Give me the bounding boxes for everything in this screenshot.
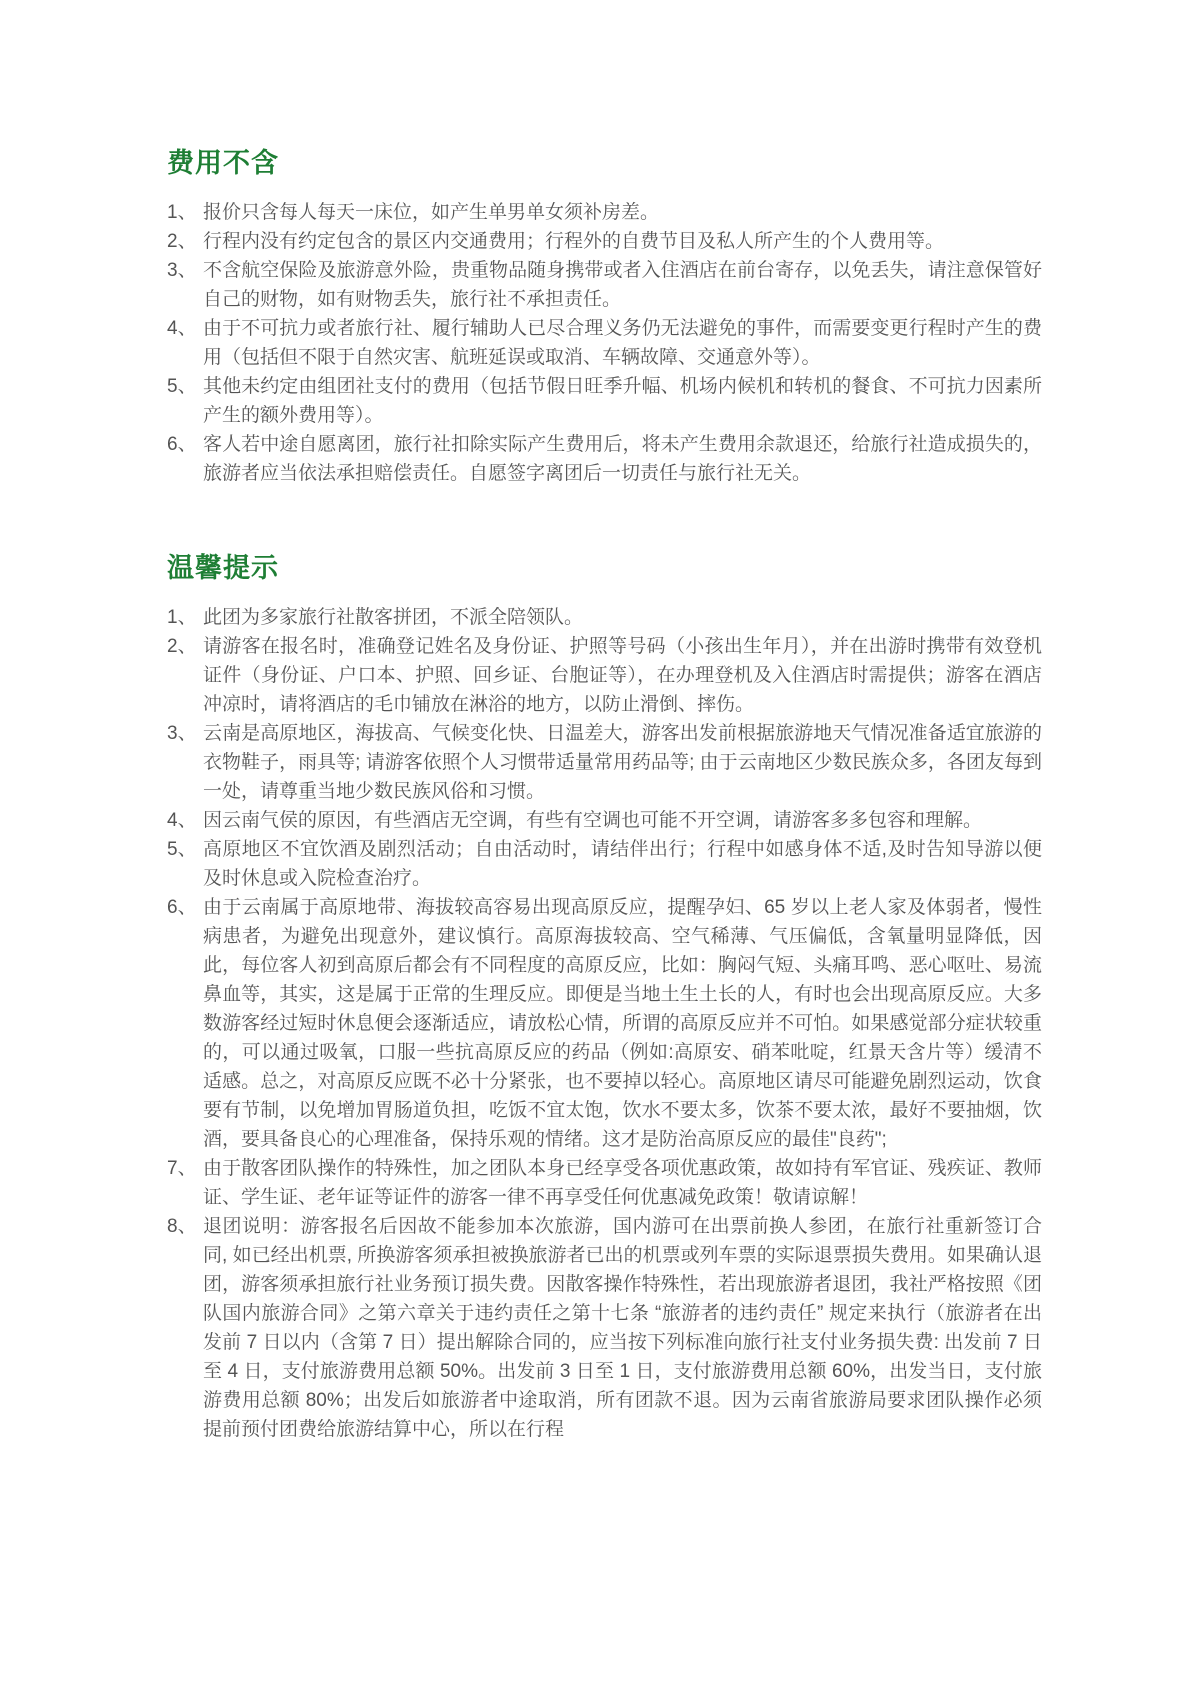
list-item: 4、 因云南气侯的原因，有些酒店无空调，有些有空调也可能不开空调，请游客多多包容… xyxy=(167,806,1042,835)
list-item: 2、 请游客在报名时，准确登记姓名及身份证、护照等号码（小孩出生年月），并在出游… xyxy=(167,632,1042,719)
list-item: 2、 行程内没有约定包含的景区内交通费用；行程外的自费节目及私人所产生的个人费用… xyxy=(167,227,1042,256)
item-text: 客人若中途自愿离团，旅行社扣除实际产生费用后，将未产生费用余款退还，给旅行社造成… xyxy=(203,430,1042,488)
list-item: 4、 由于不可抗力或者旅行社、履行辅助人已尽合理义务仍无法避免的事件，而需要变更… xyxy=(167,314,1042,372)
item-number: 1、 xyxy=(167,198,203,227)
warm-tips-list: 1、 此团为多家旅行社散客拼团，不派全陪领队。 2、 请游客在报名时，准确登记姓… xyxy=(167,603,1042,1444)
list-item: 5、 高原地区不宜饮酒及剧烈活动；自由活动时，请结伴出行；行程中如感身体不适,及… xyxy=(167,835,1042,893)
item-text: 由于云南属于高原地带、海拔较高容易出现高原反应，提醒孕妇、65 岁以上老人家及体… xyxy=(203,893,1042,1154)
item-text: 不含航空保险及旅游意外险，贵重物品随身携带或者入住酒店在前台寄存，以免丢失，请注… xyxy=(203,256,1042,314)
document-page: 费用不含 1、 报价只含每人每天一床位，如产生单男单女须补房差。 2、 行程内没… xyxy=(0,0,1190,1683)
item-text: 云南是高原地区，海拔高、气候变化快、日温差大，游客出发前根据旅游地天气情况准备适… xyxy=(203,719,1042,806)
item-text: 行程内没有约定包含的景区内交通费用；行程外的自费节目及私人所产生的个人费用等。 xyxy=(203,227,1042,256)
item-text: 因云南气侯的原因，有些酒店无空调，有些有空调也可能不开空调，请游客多多包容和理解… xyxy=(203,806,1042,835)
section-title-fees-excluded: 费用不含 xyxy=(167,145,1042,181)
item-number: 2、 xyxy=(167,227,203,256)
item-number: 6、 xyxy=(167,430,203,459)
item-number: 7、 xyxy=(167,1154,203,1183)
section-warm-tips: 温馨提示 1、 此团为多家旅行社散客拼团，不派全陪领队。 2、 请游客在报名时，… xyxy=(167,550,1042,1444)
item-text: 高原地区不宜饮酒及剧烈活动；自由活动时，请结伴出行；行程中如感身体不适,及时告知… xyxy=(203,835,1042,893)
list-item: 3、 不含航空保险及旅游意外险，贵重物品随身携带或者入住酒店在前台寄存，以免丢失… xyxy=(167,256,1042,314)
item-number: 5、 xyxy=(167,835,203,864)
list-item: 6、 由于云南属于高原地带、海拔较高容易出现高原反应，提醒孕妇、65 岁以上老人… xyxy=(167,893,1042,1154)
item-number: 3、 xyxy=(167,719,203,748)
item-text: 请游客在报名时，准确登记姓名及身份证、护照等号码（小孩出生年月），并在出游时携带… xyxy=(203,632,1042,719)
list-item: 8、 退团说明：游客报名后因故不能参加本次旅游，国内游可在出票前换人参团，在旅行… xyxy=(167,1212,1042,1444)
list-item: 6、 客人若中途自愿离团，旅行社扣除实际产生费用后，将未产生费用余款退还，给旅行… xyxy=(167,430,1042,488)
item-text: 报价只含每人每天一床位，如产生单男单女须补房差。 xyxy=(203,198,1042,227)
list-item: 3、 云南是高原地区，海拔高、气候变化快、日温差大，游客出发前根据旅游地天气情况… xyxy=(167,719,1042,806)
item-number: 6、 xyxy=(167,893,203,922)
list-item: 1、 报价只含每人每天一床位，如产生单男单女须补房差。 xyxy=(167,198,1042,227)
item-number: 8、 xyxy=(167,1212,203,1241)
item-number: 5、 xyxy=(167,372,203,401)
item-text: 其他未约定由组团社支付的费用（包括节假日旺季升幅、机场内候机和转机的餐食、不可抗… xyxy=(203,372,1042,430)
item-number: 2、 xyxy=(167,632,203,661)
item-text: 此团为多家旅行社散客拼团，不派全陪领队。 xyxy=(203,603,1042,632)
section-fees-excluded: 费用不含 1、 报价只含每人每天一床位，如产生单男单女须补房差。 2、 行程内没… xyxy=(167,145,1042,488)
list-item: 1、 此团为多家旅行社散客拼团，不派全陪领队。 xyxy=(167,603,1042,632)
item-number: 1、 xyxy=(167,603,203,632)
item-number: 3、 xyxy=(167,256,203,285)
list-item: 7、 由于散客团队操作的特殊性，加之团队本身已经享受各项优惠政策，故如持有军官证… xyxy=(167,1154,1042,1212)
section-title-warm-tips: 温馨提示 xyxy=(167,550,1042,586)
item-number: 4、 xyxy=(167,806,203,835)
list-item: 5、 其他未约定由组团社支付的费用（包括节假日旺季升幅、机场内候机和转机的餐食、… xyxy=(167,372,1042,430)
fees-excluded-list: 1、 报价只含每人每天一床位，如产生单男单女须补房差。 2、 行程内没有约定包含… xyxy=(167,198,1042,488)
item-text: 由于不可抗力或者旅行社、履行辅助人已尽合理义务仍无法避免的事件，而需要变更行程时… xyxy=(203,314,1042,372)
item-number: 4、 xyxy=(167,314,203,343)
item-text: 由于散客团队操作的特殊性，加之团队本身已经享受各项优惠政策，故如持有军官证、残疾… xyxy=(203,1154,1042,1212)
item-text: 退团说明：游客报名后因故不能参加本次旅游，国内游可在出票前换人参团，在旅行社重新… xyxy=(203,1212,1042,1444)
